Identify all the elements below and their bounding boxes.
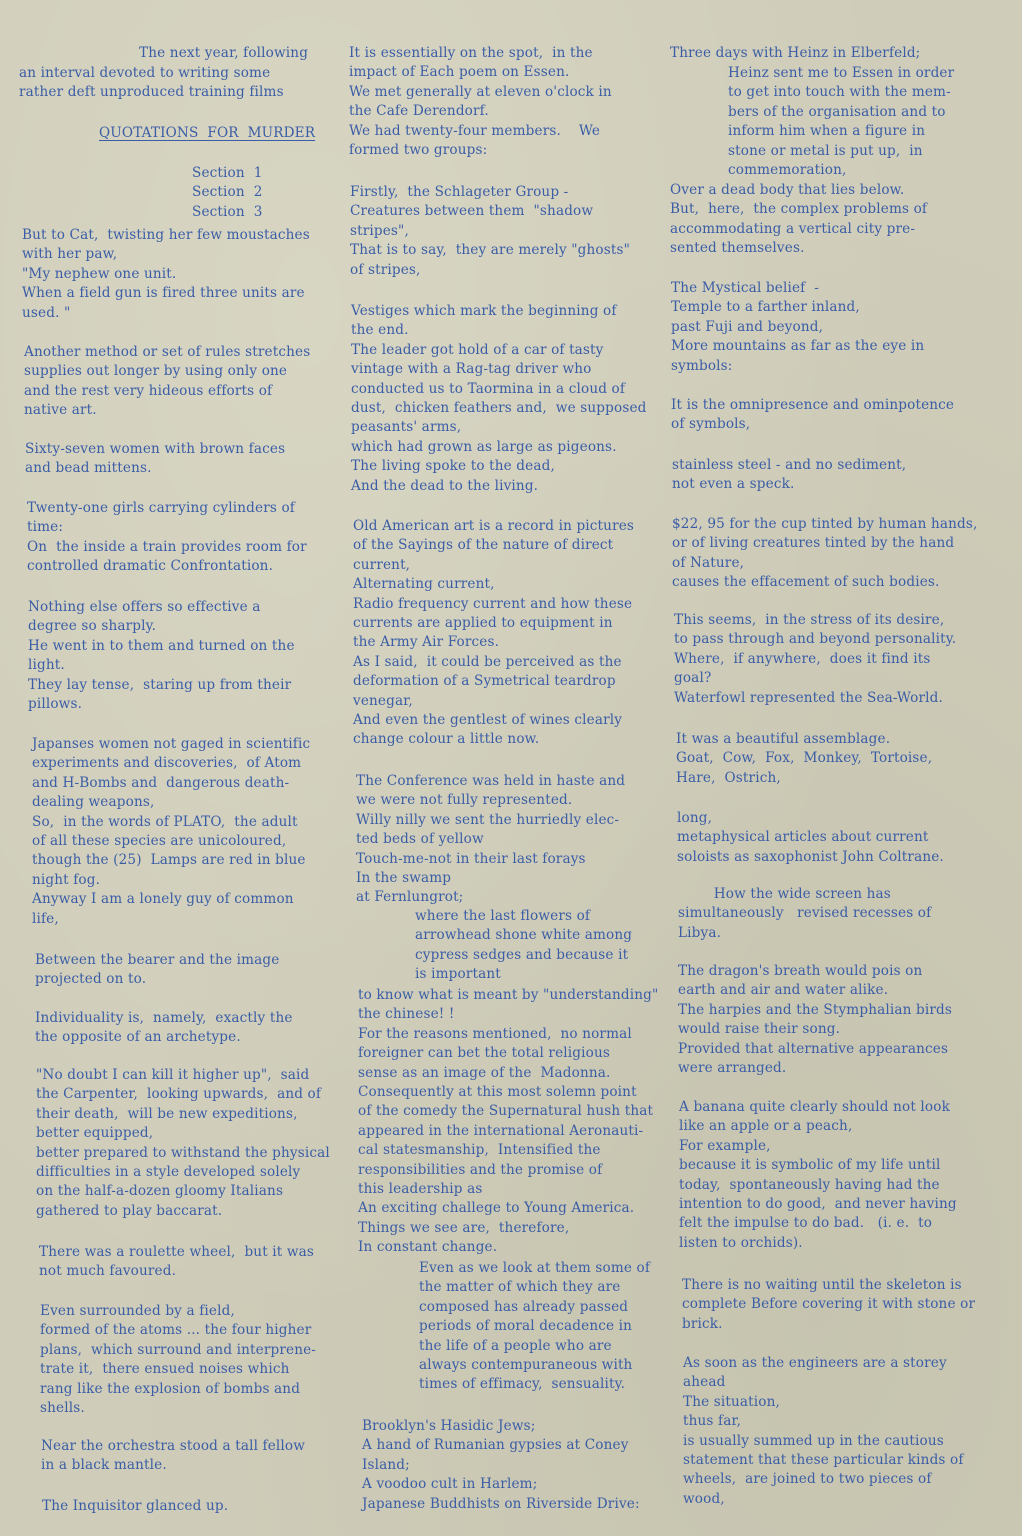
text-line: composed has already passed [419, 1298, 650, 1317]
text-line: Vestiges which mark the beginning of [351, 302, 647, 321]
text-line: statement that these particular kinds of [683, 1451, 964, 1470]
text-line: Provided that alternative appearances [678, 1040, 952, 1059]
text-line: The harpies and the Stymphalian birds [678, 1001, 952, 1020]
text-line: Touch-me-not in their last forays [356, 850, 625, 869]
text-line: Radio frequency current and how these [353, 595, 634, 614]
text-line: brick. [682, 1315, 975, 1334]
text-line: QUOTATIONS FOR MURDER [99, 124, 315, 143]
text-line: bers of the organisation and to [728, 103, 954, 122]
text-line: is important [415, 965, 632, 984]
text-line: The situation, [683, 1393, 964, 1412]
text-paragraph: Heinz sent me to Essen in orderto get in… [728, 64, 954, 180]
text-line: ted beds of yellow [356, 830, 625, 849]
text-line: the end. [351, 321, 647, 340]
text-line: dealing weapons, [32, 793, 310, 812]
text-line: We had twenty-four members. We [349, 122, 612, 141]
text-line: not much favoured. [39, 1262, 314, 1281]
text-line: felt the impulse to do bad. (i. e. to [679, 1214, 957, 1233]
text-line: But to Cat, twisting her few moustaches [22, 226, 310, 245]
text-line: better prepared to withstand the physica… [36, 1144, 330, 1163]
text-paragraph: Nothing else offers so effective adegree… [28, 598, 295, 714]
text-line: Another method or set of rules stretches [24, 343, 310, 362]
text-line: native art. [24, 401, 310, 420]
text-line: ahead [683, 1373, 964, 1392]
text-line: life, [32, 910, 310, 929]
text-line: wheels, are joined to two pieces of [683, 1470, 964, 1489]
text-paragraph: But to Cat, twisting her few moustachesw… [22, 226, 310, 323]
text-line: intention to do good, and never having [679, 1195, 957, 1214]
text-line: Old American art is a record in pictures [353, 517, 634, 536]
text-line: formed of the atoms ... the four higher [40, 1321, 316, 1340]
text-line: soloists as saxophonist John Coltrane. [677, 848, 944, 867]
text-line: the Cafe Derendorf. [349, 102, 612, 121]
text-line: would raise their song. [678, 1020, 952, 1039]
text-line: Firstly, the Schlageter Group - [350, 183, 630, 202]
text-line: Over a dead body that lies below. [670, 181, 927, 200]
text-line: projected on to. [35, 970, 279, 989]
text-line: Consequently at this most solemn point [358, 1083, 658, 1102]
text-line: vintage with a Rag-tag driver who [351, 360, 647, 379]
text-line: stone or metal is put up, in [728, 142, 954, 161]
text-line: of the Sayings of the nature of direct [353, 536, 634, 555]
text-line: In constant change. [358, 1238, 658, 1257]
text-line: $22, 95 for the cup tinted by human hand… [672, 515, 978, 534]
text-line: an interval devoted to writing some [19, 64, 284, 83]
text-line: The Inquisitor glanced up. [42, 1497, 228, 1516]
text-line: metaphysical articles about current [677, 828, 944, 847]
text-line: In the swamp [356, 869, 625, 888]
text-line: For the reasons mentioned, no normal [358, 1025, 658, 1044]
text-paragraph: Another method or set of rules stretches… [24, 343, 310, 421]
text-line: For example, [679, 1137, 957, 1156]
text-line: conducted us to Taormina in a cloud of [351, 380, 647, 399]
text-paragraph: to know what is meant by "understanding"… [358, 986, 658, 1258]
text-line: As I said, it could be perceived as the [353, 653, 634, 672]
text-line: More mountains as far as the eye in [671, 337, 924, 356]
text-line: Between the bearer and the image [35, 951, 279, 970]
text-paragraph: It is essentially on the spot, in theimp… [349, 44, 612, 160]
text-line: at Fernlungrot; [356, 888, 625, 907]
text-paragraph: Japanses women not gaged in scientificex… [32, 735, 310, 929]
text-line: Libya. [678, 924, 931, 943]
text-line: He went in to them and turned on the [28, 637, 295, 656]
text-paragraph: stainless steel - and no sediment,not ev… [672, 456, 906, 495]
text-line: sented themselves. [670, 239, 927, 258]
text-paragraph: Even as we look at them some ofthe matte… [419, 1259, 650, 1395]
text-line: Heinz sent me to Essen in order [728, 64, 954, 83]
text-paragraph: Twenty-one girls carrying cylinders ofti… [27, 499, 307, 577]
text-line: were arranged. [678, 1059, 952, 1078]
text-paragraph: long,metaphysical articles about current… [677, 809, 944, 867]
text-line: Island; [362, 1456, 640, 1475]
text-line: rather deft unproduced training films [19, 83, 284, 102]
text-line: Goat, Cow, Fox, Monkey, Tortoise, [676, 749, 932, 768]
text-line: Japanese Buddhists on Riverside Drive: [362, 1495, 640, 1514]
text-line: or of living creatures tinted by the han… [672, 534, 978, 553]
text-line: used. " [22, 304, 310, 323]
text-line: The dragon's breath would pois on [678, 962, 952, 981]
text-line: change colour a little now. [353, 730, 634, 749]
text-line: The living spoke to the dead, [351, 457, 647, 476]
text-line: periods of moral decadence in [419, 1317, 650, 1336]
text-line: of all these species are unicoloured, [32, 832, 310, 851]
text-line: Near the orchestra stood a tall fellow [41, 1437, 305, 1456]
text-paragraph: $22, 95 for the cup tinted by human hand… [672, 515, 978, 593]
text-line: Nothing else offers so effective a [28, 598, 295, 617]
text-line: Waterfowl represented the Sea-World. [674, 689, 956, 708]
text-line: A voodoo cult in Harlem; [362, 1475, 640, 1494]
text-line: always contempuraneous with [419, 1356, 650, 1375]
text-line: to get into touch with the mem- [728, 83, 954, 102]
text-line: Anyway I am a lonely guy of common [32, 890, 310, 909]
text-line: How the wide screen has [678, 885, 931, 904]
text-line: light. [28, 656, 295, 675]
text-line: complete Before covering it with stone o… [682, 1295, 975, 1314]
text-line: time: [27, 518, 307, 537]
text-line: Sixty-seven women with brown faces [25, 440, 285, 459]
text-line: The next year, following [139, 44, 308, 63]
text-paragraph: As soon as the engineers are a storeyahe… [683, 1354, 964, 1509]
text-line: the Army Air Forces. [353, 633, 634, 652]
text-line: past Fuji and beyond, [671, 318, 924, 337]
text-line: This seems, in the stress of its desire, [674, 611, 956, 630]
text-line: supplies out longer by using only one [24, 362, 310, 381]
text-line: on the half-a-dozen gloomy Italians [36, 1182, 330, 1201]
text-line: and H-Bombs and dangerous death- [32, 774, 310, 793]
text-line: accommodating a vertical city pre- [670, 220, 927, 239]
text-line: not even a speck. [672, 475, 906, 494]
text-line: like an apple or a peach, [679, 1117, 957, 1136]
text-line: Even surrounded by a field, [40, 1302, 316, 1321]
text-paragraph: The next year, following [139, 44, 308, 63]
text-paragraph: Three days with Heinz in Elberfeld; [670, 44, 920, 63]
text-line: And even the gentlest of wines clearly [353, 711, 634, 730]
text-line: Even as we look at them some of [419, 1259, 650, 1278]
text-line: shells. [40, 1399, 316, 1418]
text-line: the life of a people who are [419, 1337, 650, 1356]
text-paragraph: The Mystical belief -Temple to a farther… [671, 279, 924, 376]
text-line: Alternating current, [353, 575, 634, 594]
text-line: inform him when a figure in [728, 122, 954, 141]
text-line: Section 3 [192, 203, 263, 222]
text-line: which had grown as large as pigeons. [351, 438, 647, 457]
text-line: We met generally at eleven o'clock in [349, 83, 612, 102]
text-line: That is to say, they are merely "ghosts" [350, 241, 630, 260]
text-line: The leader got hold of a car of tasty [351, 341, 647, 360]
text-line: cypress sedges and because it [415, 946, 632, 965]
text-line: Where, if anywhere, does it find its [674, 650, 956, 669]
text-paragraph: The Conference was held in haste andwe w… [356, 772, 625, 908]
text-paragraph: Even surrounded by a field,formed of the… [40, 1302, 316, 1418]
text-paragraph: Sixty-seven women with brown facesand be… [25, 440, 285, 479]
text-paragraph: There was a roulette wheel, but it wasno… [39, 1243, 314, 1282]
text-line: Twenty-one girls carrying cylinders of [27, 499, 307, 518]
text-paragraph: Firstly, the Schlageter Group -Creatures… [350, 183, 630, 280]
text-line: is usually summed up in the cautious [683, 1432, 964, 1451]
text-line: with her paw, [22, 245, 310, 264]
text-line: It is essentially on the spot, in the [349, 44, 612, 63]
text-line: Japanses women not gaged in scientific [32, 735, 310, 754]
text-line: formed two groups: [349, 141, 612, 160]
text-line: When a field gun is fired three units ar… [22, 284, 310, 303]
text-line: wood, [683, 1490, 964, 1509]
text-line: Creatures between them "shadow [350, 202, 630, 221]
text-line: As soon as the engineers are a storey [683, 1354, 964, 1373]
text-paragraph: It was a beautiful assemblage.Goat, Cow,… [676, 730, 932, 788]
text-paragraph: The dragon's breath would pois onearth a… [678, 962, 952, 1078]
text-line: simultaneously revised recesses of [678, 904, 931, 923]
text-line: impact of Each poem on Essen. [349, 63, 612, 82]
text-line: pillows. [28, 695, 295, 714]
text-line: of symbols, [671, 415, 954, 434]
text-line: difficulties in a style developed solely [36, 1163, 330, 1182]
text-line: goal? [674, 669, 956, 688]
text-line: earth and air and water alike. [678, 981, 952, 1000]
text-line: commemoration, [728, 161, 954, 180]
text-line: But, here, the complex problems of [670, 200, 927, 219]
text-paragraph: There is no waiting until the skeleton i… [682, 1276, 975, 1334]
text-paragraph: Brooklyn's Hasidic Jews;A hand of Rumani… [362, 1417, 640, 1514]
text-line: currents are applied to equipment in [353, 614, 634, 633]
text-line: to know what is meant by "understanding" [358, 986, 658, 1005]
text-line: the Carpenter, looking upwards, and of [36, 1085, 330, 1104]
text-line: listen to orchids). [679, 1234, 957, 1253]
text-line: There was a roulette wheel, but it was [39, 1243, 314, 1262]
text-line: stripes", [350, 222, 630, 241]
text-line: we were not fully represented. [356, 791, 625, 810]
text-line: and bead mittens. [25, 459, 285, 478]
text-line: The Conference was held in haste and [356, 772, 625, 791]
text-line: symbols: [671, 357, 924, 376]
text-line: this leadership as [358, 1180, 658, 1199]
text-line: A banana quite clearly should not look [679, 1098, 957, 1117]
text-line: though the (25) Lamps are red in blue [32, 851, 310, 870]
text-line: It is the omnipresence and ominpotence [671, 396, 954, 415]
text-line: Hare, Ostrich, [676, 769, 932, 788]
text-line: and the rest very hideous efforts of [24, 382, 310, 401]
text-line: appeared in the international Aeronauti- [358, 1122, 658, 1141]
text-line: sense as an image of the Madonna. [358, 1064, 658, 1083]
text-line: On the inside a train provides room for [27, 538, 307, 557]
text-line: An exciting challege to Young America. [358, 1199, 658, 1218]
text-line: The Mystical belief - [671, 279, 924, 298]
text-line: experiments and discoveries, of Atom [32, 754, 310, 773]
text-line: Temple to a farther inland, [671, 298, 924, 317]
text-paragraph: The Inquisitor glanced up. [42, 1497, 228, 1516]
text-line: the matter of which they are [419, 1278, 650, 1297]
text-line: "My nephew one unit. [22, 265, 310, 284]
text-line: thus far, [683, 1412, 964, 1431]
text-paragraph: Over a dead body that lies below.But, he… [670, 181, 927, 259]
text-line: Brooklyn's Hasidic Jews; [362, 1417, 640, 1436]
document-heading: QUOTATIONS FOR MURDER [99, 124, 315, 143]
text-line: better equipped, [36, 1124, 330, 1143]
text-paragraph: It is the omnipresence and ominpotenceof… [671, 396, 954, 435]
text-line: foreigner can bet the total religious [358, 1044, 658, 1063]
text-line: in a black mantle. [41, 1456, 305, 1475]
text-line: the chinese! ! [358, 1005, 658, 1024]
text-line: deformation of a Symetrical teardrop [353, 672, 634, 691]
text-line: of Nature, [672, 554, 978, 573]
text-line: rang like the explosion of bombs and [40, 1380, 316, 1399]
text-line: arrowhead shone white among [415, 926, 632, 945]
text-line: where the last flowers of [415, 907, 632, 926]
text-line: causes the effacement of such bodies. [672, 573, 978, 592]
text-line: current, [353, 556, 634, 575]
text-line: controlled dramatic Confrontation. [27, 557, 307, 576]
text-paragraph: Section 1Section 2Section 3 [192, 164, 263, 222]
text-line: There is no waiting until the skeleton i… [682, 1276, 975, 1295]
text-paragraph: "No doubt I can kill it higher up", said… [36, 1066, 330, 1221]
text-line: Things we see are, therefore, [358, 1219, 658, 1238]
text-line: of stripes, [350, 261, 630, 280]
text-line: times of effimacy, sensuality. [419, 1375, 650, 1394]
text-line: And the dead to the living. [351, 477, 647, 496]
text-line: cal statesmanship, Intensified the [358, 1141, 658, 1160]
text-paragraph: Between the bearer and the imageprojecte… [35, 951, 279, 990]
text-line: Section 2 [192, 183, 263, 202]
text-paragraph: Near the orchestra stood a tall fellowin… [41, 1437, 305, 1476]
text-line: A hand of Rumanian gypsies at Coney [362, 1436, 640, 1455]
text-line: of the comedy the Supernatural hush that [358, 1102, 658, 1121]
text-line: "No doubt I can kill it higher up", said [36, 1066, 330, 1085]
text-paragraph: Vestiges which mark the beginning ofthe … [351, 302, 647, 496]
text-line: Willy nilly we sent the hurriedly elec- [356, 811, 625, 830]
text-line: peasants' arms, [351, 418, 647, 437]
text-line: to pass through and beyond personality. [674, 630, 956, 649]
text-line: the opposite of an archetype. [35, 1028, 293, 1047]
text-line: plans, which surround and interprene- [40, 1341, 316, 1360]
text-line: They lay tense, staring up from their [28, 676, 295, 695]
text-paragraph: A banana quite clearly should not lookli… [679, 1098, 957, 1253]
text-line: Three days with Heinz in Elberfeld; [670, 44, 920, 63]
text-line: long, [677, 809, 944, 828]
text-line: because it is symbolic of my life until [679, 1156, 957, 1175]
text-paragraph: Old American art is a record in pictures… [353, 517, 634, 750]
text-line: their death, will be new expeditions, [36, 1105, 330, 1124]
text-paragraph: where the last flowers ofarrowhead shone… [415, 907, 632, 985]
text-paragraph: This seems, in the stress of its desire,… [674, 611, 956, 708]
text-paragraph: an interval devoted to writing somerathe… [19, 64, 284, 103]
text-line: So, in the words of PLATO, the adult [32, 813, 310, 832]
text-line: Individuality is, namely, exactly the [35, 1009, 293, 1028]
text-paragraph: Individuality is, namely, exactly thethe… [35, 1009, 293, 1048]
text-line: dust, chicken feathers and, we supposed [351, 399, 647, 418]
text-line: degree so sharply. [28, 617, 295, 636]
text-line: gathered to play baccarat. [36, 1202, 330, 1221]
text-line: responsibilities and the promise of [358, 1161, 658, 1180]
text-line: trate it, there ensued noises which [40, 1360, 316, 1379]
text-line: Section 1 [192, 164, 263, 183]
text-line: venegar, [353, 692, 634, 711]
text-line: stainless steel - and no sediment, [672, 456, 906, 475]
text-line: today, spontaneously having had the [679, 1176, 957, 1195]
text-line: night fog. [32, 871, 310, 890]
text-paragraph: How the wide screen hassimultaneously re… [678, 885, 931, 943]
text-line: It was a beautiful assemblage. [676, 730, 932, 749]
